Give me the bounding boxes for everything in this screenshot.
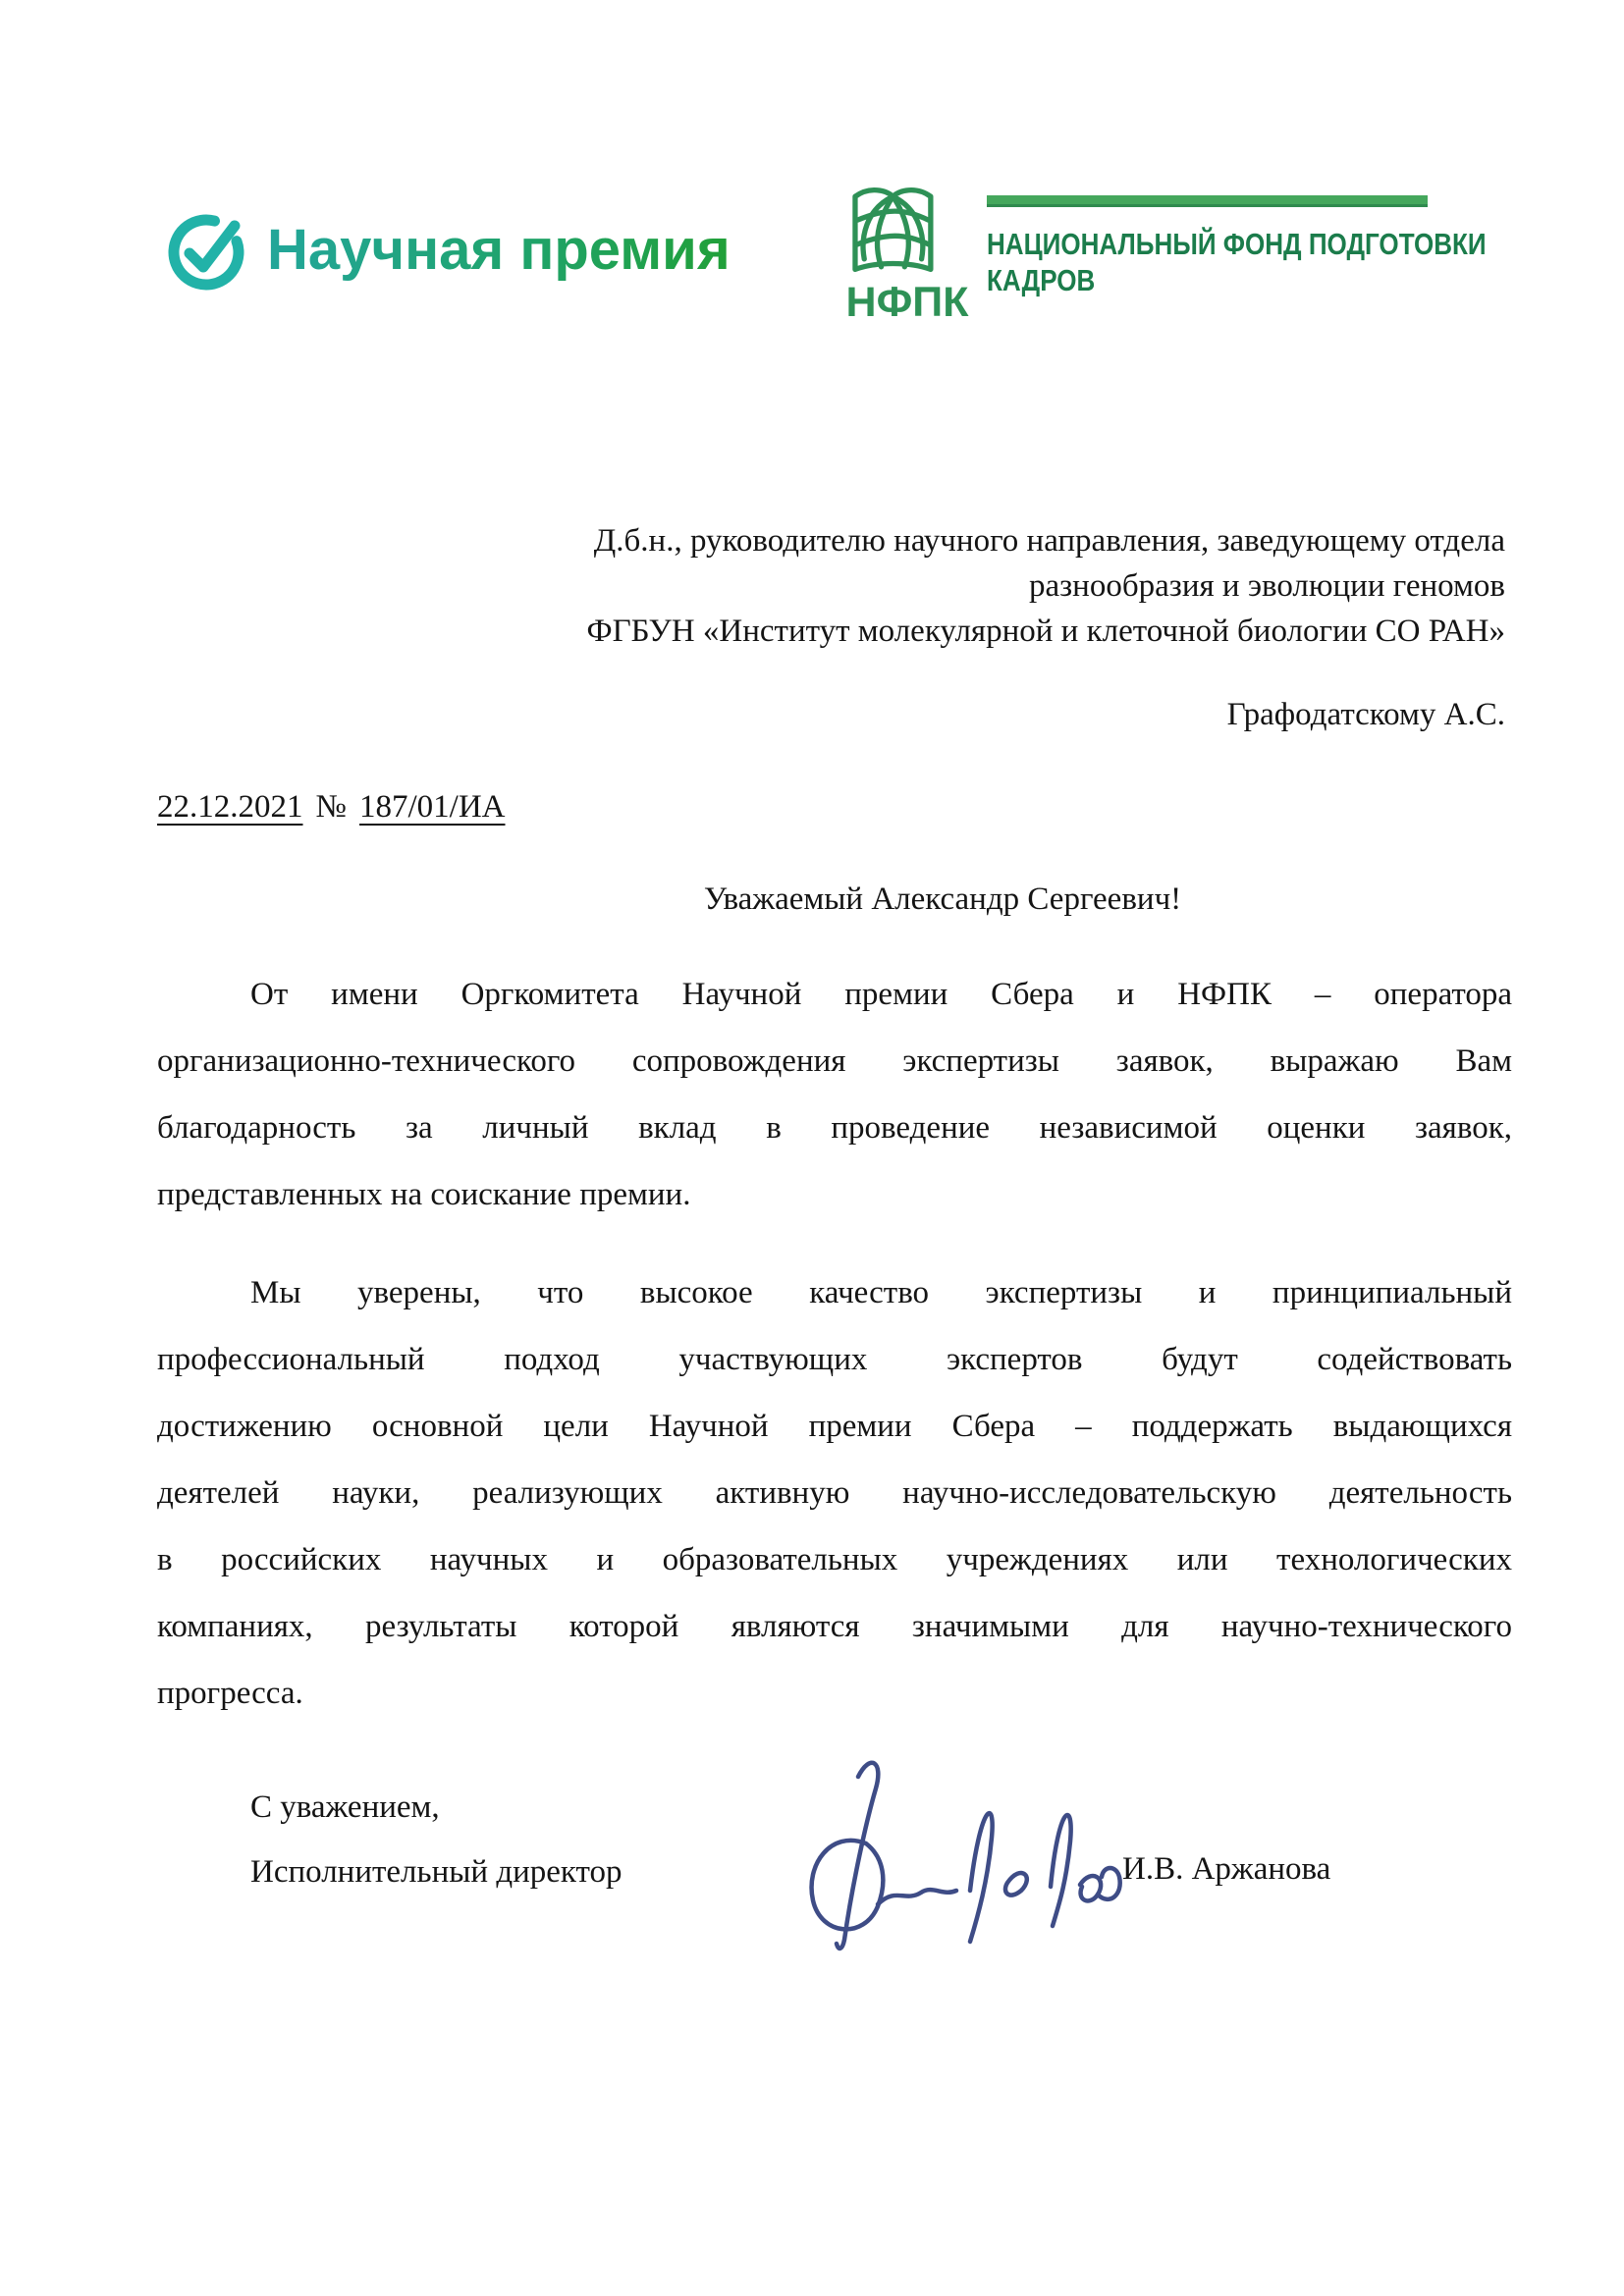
nfpk-caption: НАЦИОНАЛЬНЫЙ ФОНД ПОДГОТОВКИКАДРОВ — [987, 226, 1487, 298]
text-line: организационно-технического сопровождени… — [157, 1028, 1512, 1095]
signoff-block: С уважением, Исполнительный директор — [250, 1775, 623, 1904]
check-circle-icon — [163, 206, 249, 293]
text-line: компаниях, результаты которой являются з… — [157, 1593, 1512, 1660]
text-line: ФГБУН «Институт молекулярной и клеточной… — [157, 609, 1505, 654]
paragraph-2: Мы уверены, что высокое качество эксперт… — [157, 1259, 1512, 1727]
salutation: Уважаемый Александр Сергеевич! — [157, 880, 1620, 919]
number-sign: № — [316, 789, 348, 825]
handwritten-signature — [797, 1747, 1136, 1963]
nfpk-green-bar — [987, 195, 1428, 207]
recipient-name: Графодатскому А.С. — [157, 695, 1505, 734]
text-line: НАЦИОНАЛЬНЫЙ ФОНД ПОДГОТОВКИ — [987, 226, 1487, 262]
letter-number: 187/01/ИА — [359, 789, 506, 825]
prize-wordmark: Научная премия — [267, 217, 731, 283]
paragraph-1: От имени Оргкомитета Научной премии Сбер… — [157, 961, 1512, 1228]
signer-name: И.В. Аржанова — [1122, 1849, 1330, 1889]
text-line: разнообразия и эволюции геномов — [157, 563, 1505, 609]
reference-line: 22.12.2021№187/01/ИА — [157, 787, 506, 827]
signoff-regards: С уважением, — [250, 1775, 623, 1840]
text-line: От имени Оргкомитета Научной премии Сбер… — [157, 961, 1512, 1028]
text-line: в российских научных и образовательных у… — [157, 1526, 1512, 1593]
text-line: достижению основной цели Научной премии … — [157, 1393, 1512, 1460]
letter-date: 22.12.2021 — [157, 789, 303, 825]
text-line: профессиональный подход участвующих эксп… — [157, 1326, 1512, 1393]
text-line: КАДРОВ — [987, 262, 1487, 298]
text-line: благодарность за личный вклад в проведен… — [157, 1095, 1512, 1161]
addressee-block: Д.б.н., руководителю научного направлени… — [157, 518, 1505, 654]
text-line: прогресса. — [157, 1660, 1512, 1727]
text-line: Д.б.н., руководителю научного направлени… — [157, 518, 1505, 563]
letter-page: Научная премия НФПК НАЦИОНАЛЬНЫЙ ФОНД ПО… — [0, 0, 1624, 2296]
text-line: представленных на соискание премии. — [157, 1161, 1512, 1228]
signoff-position: Исполнительный директор — [250, 1840, 623, 1904]
nfpk-abbreviation: НФПК — [842, 279, 972, 327]
text-line: деятелей науки, реализующих активную нау… — [157, 1460, 1512, 1526]
scientific-prize-logo: Научная премия — [163, 204, 731, 294]
text-line: Мы уверены, что высокое качество эксперт… — [157, 1259, 1512, 1326]
globe-book-icon — [847, 181, 967, 280]
